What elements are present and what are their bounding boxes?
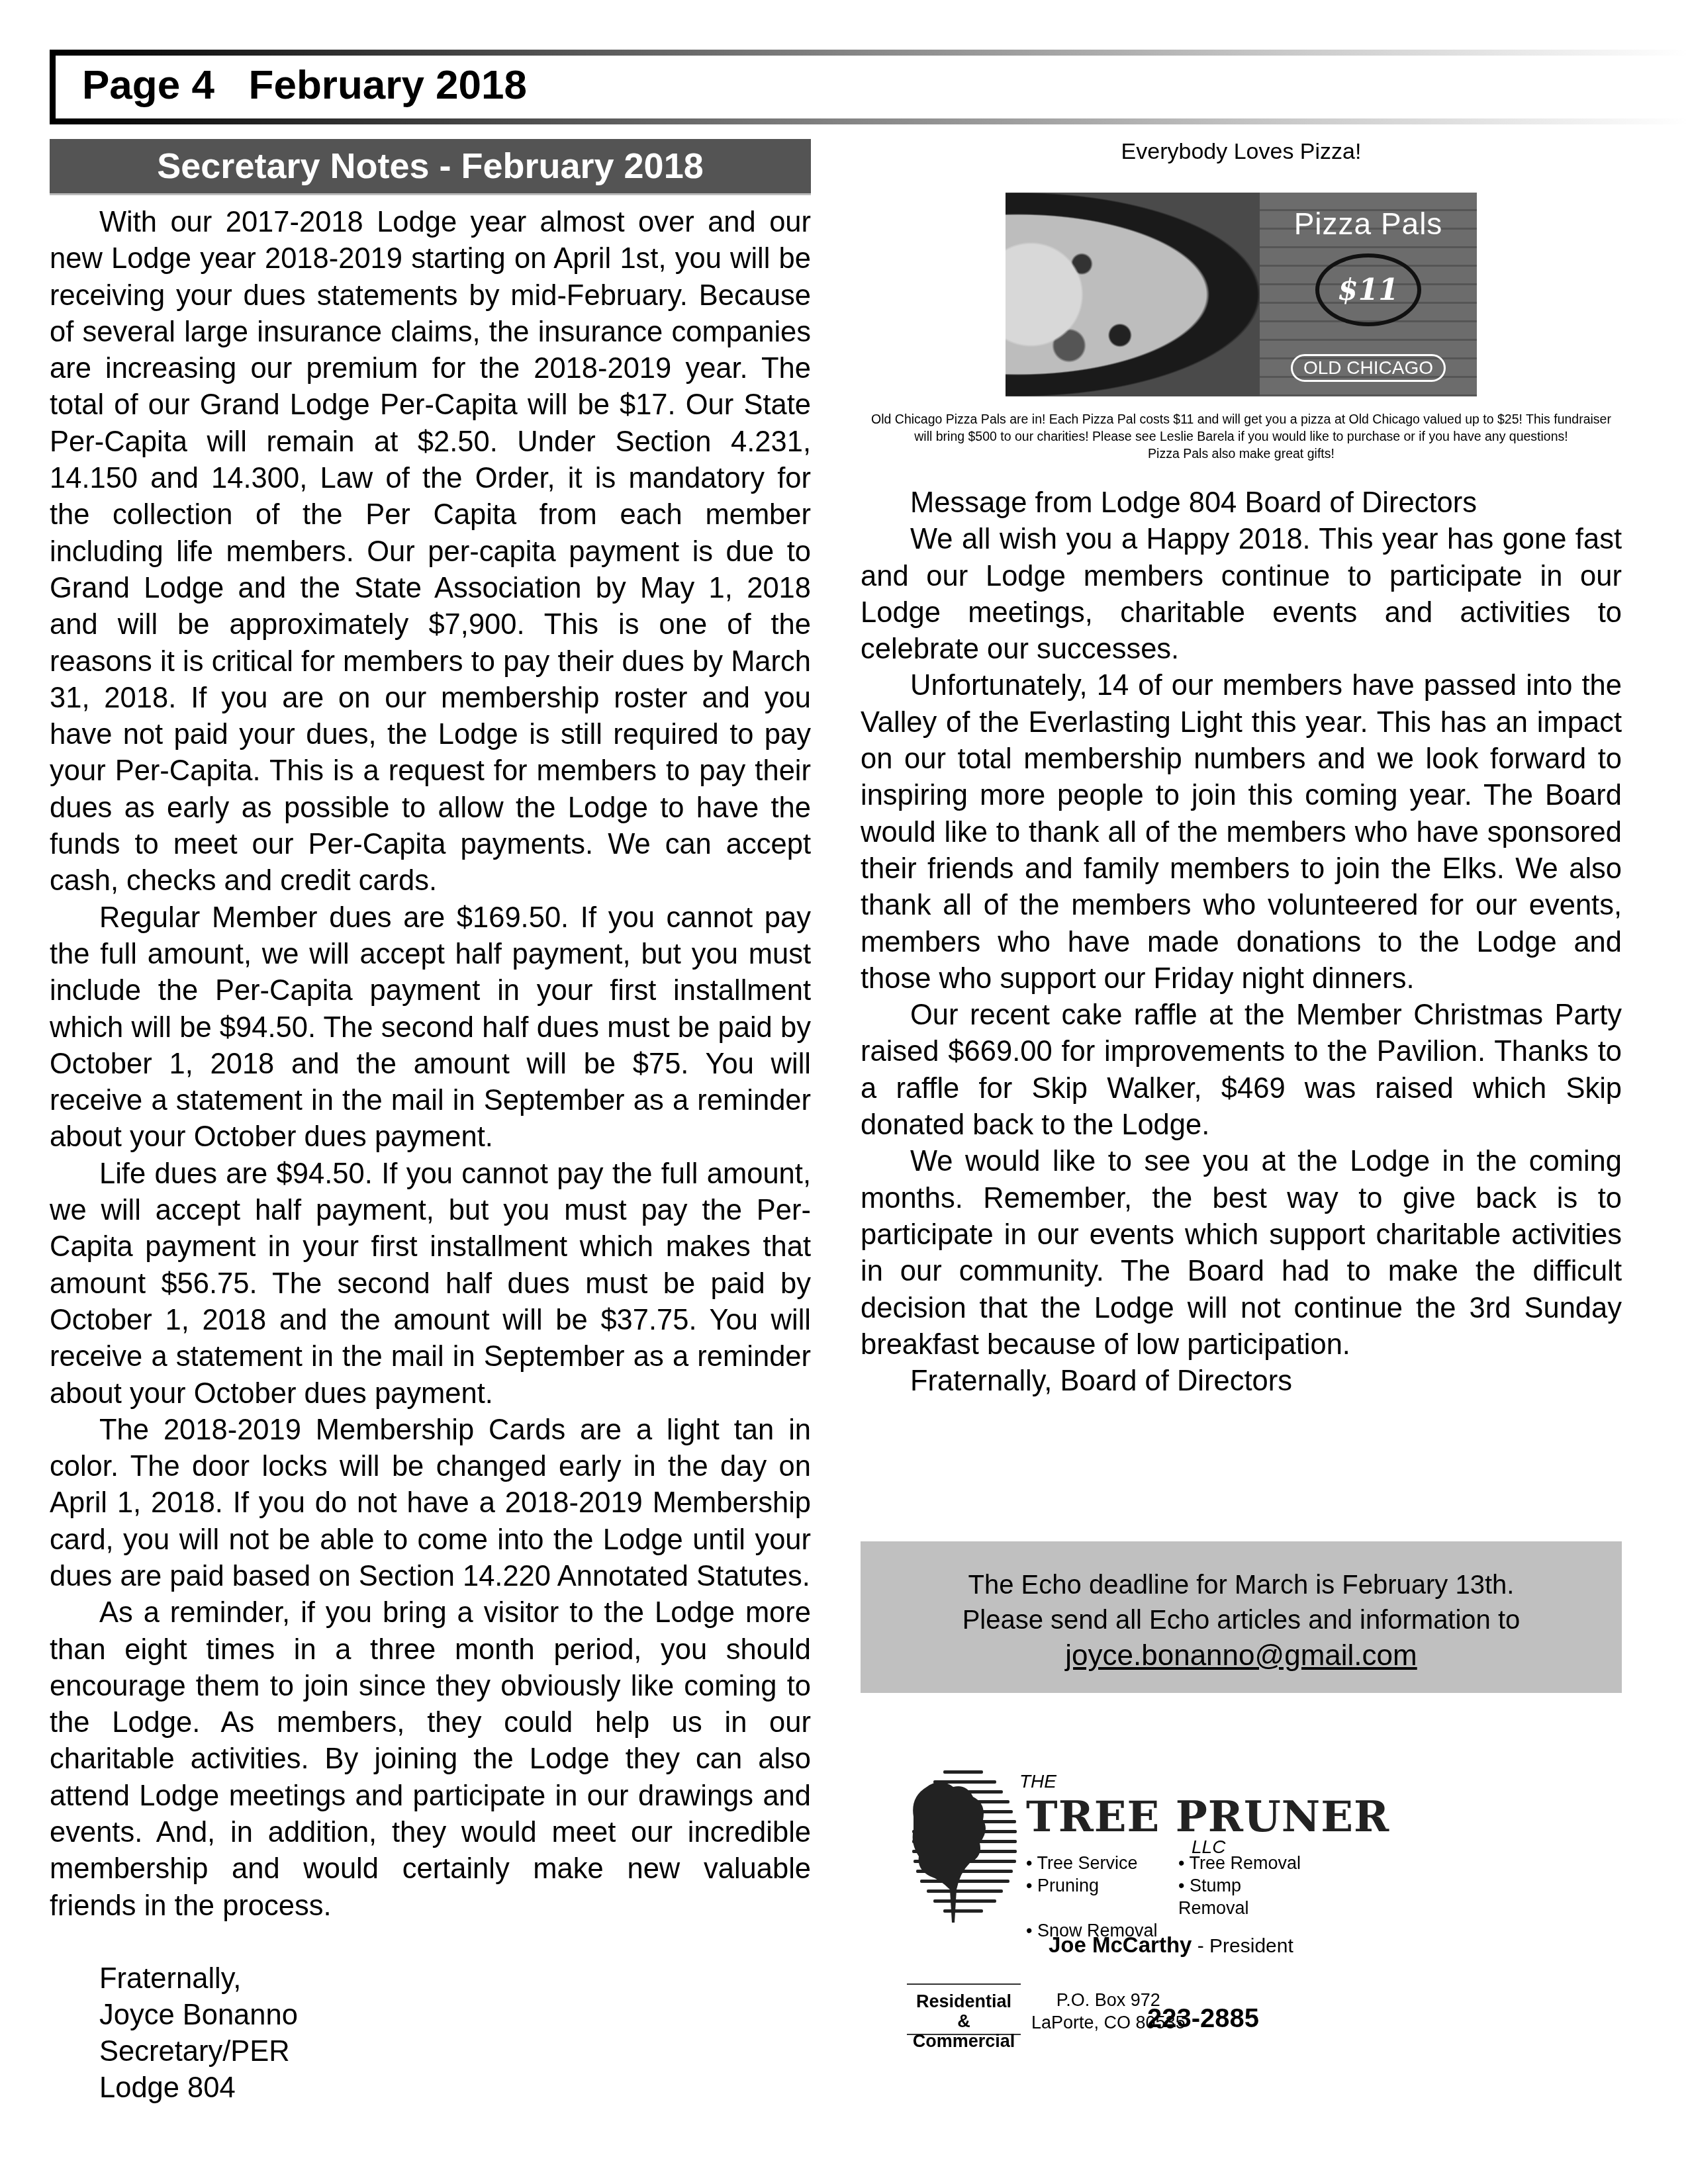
paragraph: Unfortunately, 14 of our members have pa… — [861, 668, 1622, 997]
signature-title: Secretary/PER — [99, 2034, 811, 2070]
email-link[interactable]: joyce.bonanno@gmail.com — [1065, 1639, 1417, 1672]
pizza-heading: Everybody Loves Pizza! — [861, 139, 1622, 165]
paragraph: The 2018-2019 Membership Cards are a lig… — [50, 1412, 811, 1595]
paragraph: As a reminder, if you bring a visitor to… — [50, 1595, 811, 1925]
header-gradient-bar-top — [56, 50, 1688, 56]
paragraph: We would like to see you at the Lodge in… — [861, 1144, 1622, 1363]
caption-tagline: Pizza Pals also make great gifts! — [867, 445, 1615, 463]
segment-line: & Commercial — [907, 2011, 1021, 2051]
paragraph: Our recent cake raffle at the Member Chr… — [861, 997, 1622, 1144]
pizza-pals-title: Pizza Pals — [1260, 206, 1477, 242]
board-message: Message from Lodge 804 Board of Director… — [861, 485, 1622, 1400]
board-message-title: Message from Lodge 804 Board of Director… — [861, 485, 1622, 522]
secretary-signature: Fraternally, Joyce Bonanno Secretary/PER… — [50, 1961, 811, 2107]
president-title: - President — [1192, 1935, 1293, 1957]
company-name: TREE PRUNER — [1026, 1792, 1389, 1842]
secretary-notes-body: With our 2017-2018 Lodge year almost ove… — [50, 205, 811, 1925]
services-list: • Tree Service • Tree Removal • Pruning … — [1026, 1852, 1311, 1942]
paragraph: Life dues are $94.50. If you cannot pay … — [50, 1156, 811, 1412]
signature-name: Joyce Bonanno — [99, 1997, 811, 2034]
signature-lodge: Lodge 804 — [99, 2070, 811, 2107]
tree-icon — [907, 1757, 1019, 1939]
price-circle: $11 — [1315, 253, 1421, 326]
caption-text: Old Chicago Pizza Pals are in! Each Pizz… — [867, 411, 1615, 445]
service-item: • Pruning — [1026, 1874, 1178, 1919]
president-line: Joe McCarthy - President — [1049, 1933, 1293, 1958]
pizza-pals-sign: Pizza Pals $11 OLD CHICAGO — [1260, 193, 1477, 396]
header-gradient-bar-bottom — [56, 118, 1688, 124]
service-item: • Tree Removal — [1178, 1852, 1311, 1874]
service-item: • Stump Removal — [1178, 1874, 1311, 1919]
phone-number: 223-2885 — [1147, 2004, 1259, 2034]
company-prefix: THE — [1019, 1771, 1056, 1792]
page-header: Page 4 February 2018 — [50, 50, 1688, 124]
residential-commercial-label: Residential & Commercial — [907, 1983, 1021, 2035]
tree-pruner-ad: THE TREE PRUNER LLC • Tree Service • Tre… — [894, 1734, 1622, 2164]
echo-instructions-text: Please send all Echo articles and inform… — [861, 1603, 1622, 1638]
service-item: • Tree Service — [1026, 1852, 1178, 1874]
secretary-notes-column: Secretary Notes - February 2018 With our… — [50, 139, 811, 2107]
signature-line: Fraternally, — [99, 1961, 811, 1997]
page-title: Page 4 February 2018 — [82, 62, 527, 109]
old-chicago-logo: OLD CHICAGO — [1291, 354, 1446, 382]
paragraph: Regular Member dues are $169.50. If you … — [50, 900, 811, 1156]
president-name: Joe McCarthy — [1049, 1933, 1192, 1957]
price-label: $11 — [1338, 273, 1399, 307]
board-signature: Fraternally, Board of Directors — [861, 1363, 1622, 1400]
echo-deadline-notice: The Echo deadline for March is February … — [861, 1541, 1622, 1693]
secretary-notes-banner: Secretary Notes - February 2018 — [50, 139, 811, 195]
pizza-photo-icon — [1006, 193, 1260, 396]
pizza-caption: Old Chicago Pizza Pals are in! Each Pizz… — [861, 411, 1622, 463]
paragraph: We all wish you a Happy 2018. This year … — [861, 522, 1622, 668]
paragraph: With our 2017-2018 Lodge year almost ove… — [50, 205, 811, 900]
right-column: Everybody Loves Pizza! Pizza Pals $11 OL… — [861, 139, 1622, 1400]
segment-line: Residential — [907, 1991, 1021, 2011]
echo-deadline-text: The Echo deadline for March is February … — [861, 1568, 1622, 1603]
pizza-pals-image: Pizza Pals $11 OLD CHICAGO — [1006, 193, 1477, 396]
